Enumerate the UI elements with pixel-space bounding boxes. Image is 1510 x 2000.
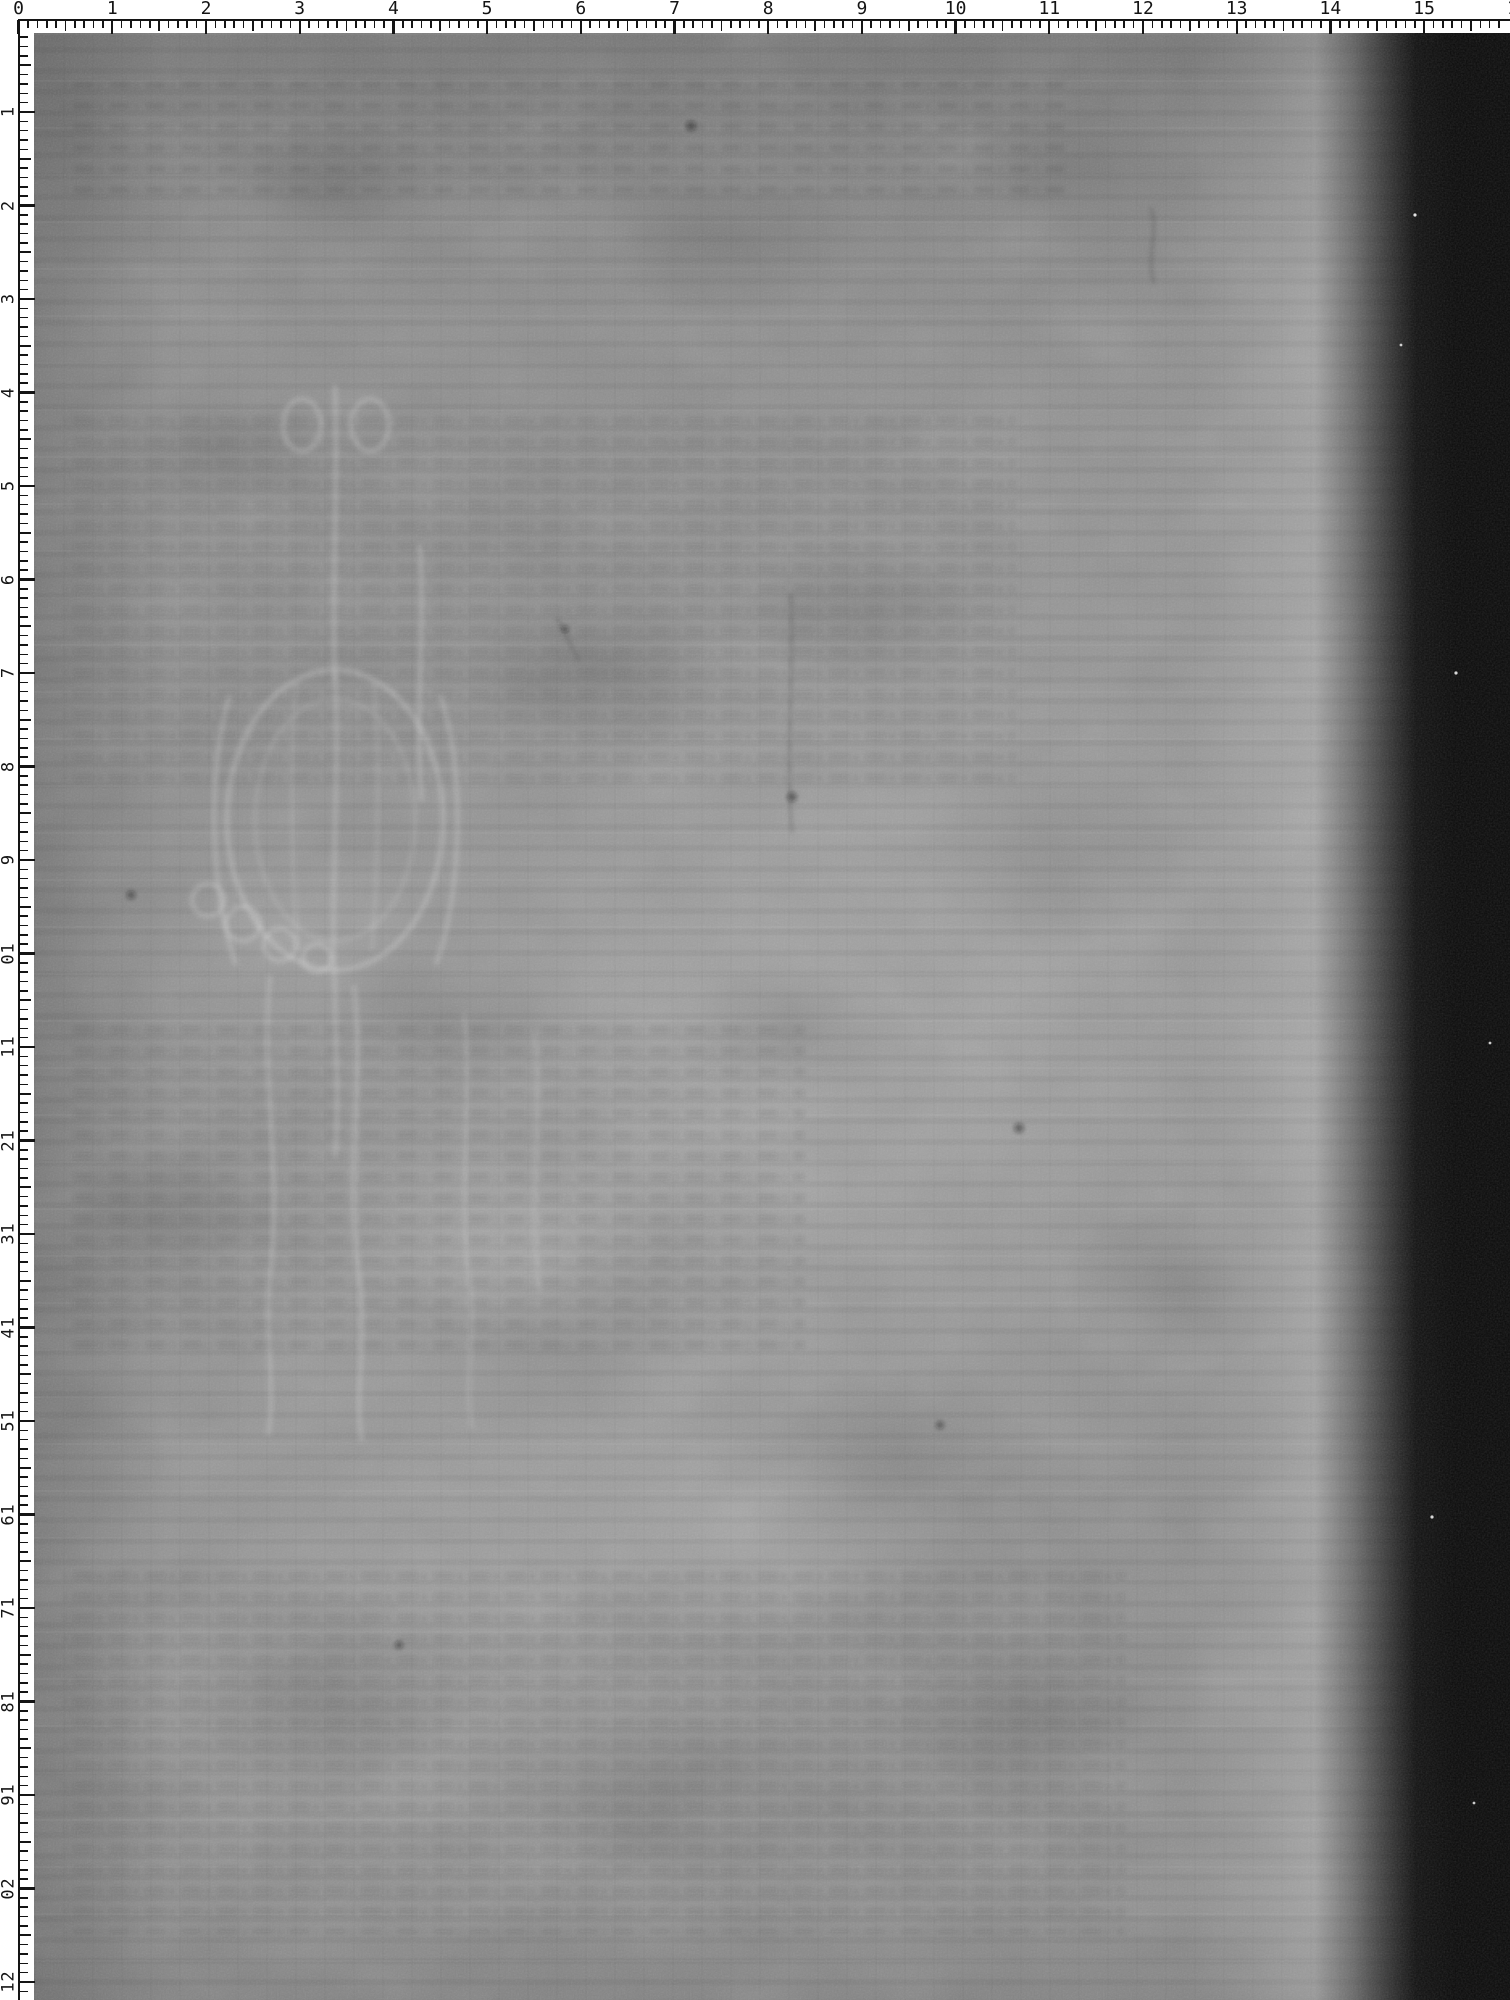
ruler-left-tick-mm — [20, 1934, 31, 1936]
ruler-left-label-char: 9 — [4, 1793, 15, 1809]
ruler-top-tick-mm — [842, 20, 844, 28]
ruler-top-tick-mm — [411, 20, 413, 28]
ruler-left-tick-mm — [20, 1747, 31, 1749]
ruler-left-tick-mm — [20, 803, 28, 805]
ruler-left-tick-mm — [20, 1869, 28, 1871]
ruler-top-tick-cm — [1329, 20, 1331, 34]
ruler-top-tick-mm — [1498, 20, 1500, 28]
ruler-left-tick-mm — [20, 1645, 28, 1647]
ruler-left-label: 3 — [1, 294, 17, 305]
ruler-left-tick-mm — [20, 1832, 28, 1834]
ruler-top-tick-mm — [627, 20, 629, 31]
ruler-left-label: 1 — [1, 107, 17, 118]
ruler-top-tick-mm — [870, 20, 872, 28]
ruler-top-tick-mm — [1264, 20, 1266, 28]
ruler-left-tick-mm — [20, 1766, 28, 1768]
ruler-top-tick-cm — [205, 20, 207, 34]
ruler-left-tick-cm — [20, 1046, 35, 1048]
ruler-left-tick-mm — [20, 448, 28, 450]
ruler-left-tick-mm — [20, 925, 28, 927]
ruler-left-tick-mm — [20, 167, 28, 169]
ruler-left-tick-mm — [20, 1850, 28, 1852]
ruler-top-tick-mm — [130, 20, 132, 28]
ruler-left-tick-mm — [20, 869, 28, 871]
ruler-top-tick-mm — [149, 20, 151, 28]
ruler-top-tick-mm — [308, 20, 310, 28]
ruler-left-label: 17 — [1, 1597, 17, 1619]
ruler-top-tick-mm — [1002, 20, 1004, 31]
ruler-left-tick-mm — [20, 915, 28, 917]
ruler-top-tick-mm — [917, 20, 919, 28]
ruler-left-tick-cm — [20, 578, 35, 580]
ruler-left-label: 11 — [1, 1036, 17, 1058]
ruler-top-tick-mm — [936, 20, 938, 28]
ruler-top-tick-mm — [355, 20, 357, 28]
ruler-left-tick-mm — [20, 373, 28, 375]
ruler-left-tick-mm — [20, 317, 28, 319]
ruler-top-tick-mm — [1011, 20, 1013, 28]
ruler-top-tick-mm — [290, 20, 292, 28]
ruler-left-tick-mm — [20, 532, 31, 534]
ruler-top-tick-mm — [992, 20, 994, 28]
ruler-left-label-char: 5 — [4, 1419, 15, 1435]
ruler-top-tick-cm — [1236, 20, 1238, 34]
ruler-left-tick-mm — [20, 1056, 28, 1058]
ruler-left-tick-mm — [20, 1925, 28, 1927]
ruler-top-tick-mm — [749, 20, 751, 28]
ruler-left-tick-mm — [20, 1523, 28, 1525]
ruler-top-tick-mm — [1161, 20, 1163, 28]
ruler-top-tick-mm — [1301, 20, 1303, 28]
ruler-top-tick-mm — [1339, 20, 1341, 28]
ruler-left-tick-cm — [20, 485, 35, 487]
ruler-left-tick-mm — [20, 943, 28, 945]
ruler-top-tick-mm — [974, 20, 976, 28]
ruler-left-tick-mm — [20, 1411, 28, 1413]
ruler-top-label: 2 — [201, 0, 212, 17]
ruler-top-tick-mm — [505, 20, 507, 28]
ruler-top-tick-cm — [1048, 20, 1050, 34]
ruler-left-tick-mm — [20, 747, 28, 749]
ruler-top-tick-mm — [1273, 20, 1275, 28]
ruler-left-tick-mm — [20, 1916, 28, 1918]
ruler-top-tick-mm — [1245, 20, 1247, 28]
ruler-top-tick-mm — [477, 20, 479, 28]
ruler-top-tick-mm — [215, 20, 217, 28]
ruler-left-tick-mm — [20, 682, 28, 684]
ruler-left-tick-mm — [20, 691, 28, 693]
ruler-left-label-char: 5 — [4, 478, 15, 494]
ruler-left-tick-cm — [20, 298, 35, 300]
ruler-left-label: 2 — [1, 200, 17, 211]
ruler-left-tick-mm — [20, 1691, 28, 1693]
ruler-left-tick-mm — [20, 1953, 28, 1955]
ruler-left-label: 13 — [1, 1223, 17, 1245]
ruler-left-tick-mm — [20, 280, 28, 282]
ruler-top-tick-mm — [1077, 20, 1079, 28]
ruler-top-tick-mm — [777, 20, 779, 28]
ruler-left-tick-mm — [20, 1383, 28, 1385]
ruler-top-tick-mm — [439, 20, 441, 31]
ruler-top-tick-cm — [486, 20, 488, 34]
ruler-top-label: 1 — [107, 0, 118, 17]
ruler-top-tick-mm — [27, 20, 29, 28]
ruler-top-label: 8 — [763, 0, 774, 17]
ruler-top-label: 6 — [575, 0, 586, 17]
ruler-left-label: 16 — [1, 1504, 17, 1526]
film-grain-layer — [34, 33, 1510, 2000]
ruler-left-tick-mm — [20, 326, 28, 328]
ruler-top-tick-cm — [673, 20, 675, 34]
ruler-left-tick-mm — [20, 1177, 28, 1179]
ruler-left-label: 15 — [1, 1410, 17, 1432]
ruler-left-tick-mm — [20, 1280, 31, 1282]
ruler-left-label-char: 3 — [4, 291, 15, 307]
ruler-left-tick-mm — [20, 1729, 28, 1731]
ruler-top-tick-mm — [543, 20, 545, 28]
ruler-top-tick-mm — [721, 20, 723, 31]
ruler-top-label: 14 — [1320, 0, 1342, 17]
ruler-left-tick-mm — [20, 121, 28, 123]
ruler-left-tick-mm — [20, 887, 28, 889]
ruler-left-tick-mm — [20, 1897, 28, 1899]
ruler-left-tick-mm — [20, 364, 28, 366]
ruler-top-tick-mm — [683, 20, 685, 28]
ruler-top-tick-mm — [243, 20, 245, 28]
ruler-left-tick-cm — [20, 1139, 35, 1141]
ruler-top-label: 3 — [294, 0, 305, 17]
ruler-left-tick-mm — [20, 55, 28, 57]
ruler-left-tick-mm — [20, 1757, 28, 1759]
ruler-top-tick-mm — [346, 20, 348, 31]
ruler-left-tick-mm — [20, 728, 28, 730]
ruler-left-tick-mm — [20, 1542, 28, 1544]
ruler-top-tick-mm — [318, 20, 320, 28]
ruler-top-tick-mm — [796, 20, 798, 28]
ruler-left-tick-cm — [20, 1233, 35, 1235]
ruler-top-tick-mm — [1020, 20, 1022, 28]
ruler-top-tick-mm — [449, 20, 451, 28]
ruler-left-tick-mm — [20, 784, 28, 786]
ruler-left-tick-mm — [20, 186, 28, 188]
ruler-top-tick-mm — [1058, 20, 1060, 28]
ruler-left-tick-mm — [20, 504, 28, 506]
ruler-left-tick-mm — [20, 597, 28, 599]
ruler-left-tick-mm — [20, 1504, 28, 1506]
ruler-top-tick-mm — [1170, 20, 1172, 28]
ruler-left-tick-mm — [20, 1299, 28, 1301]
ruler-left-tick-mm — [20, 1037, 28, 1039]
ruler-top-tick-mm — [805, 20, 807, 28]
ruler-left-tick-mm — [20, 513, 28, 515]
ruler-left-label-char: 6 — [4, 572, 15, 588]
ruler-top-tick-mm — [224, 20, 226, 28]
ruler-left-tick-cm — [20, 204, 35, 206]
ruler-top-tick-mm — [711, 20, 713, 28]
ruler-top-tick-mm — [261, 20, 263, 28]
ruler-top-tick-mm — [46, 20, 48, 28]
ruler-top-tick-mm — [83, 20, 85, 28]
ruler-top-tick-mm — [824, 20, 826, 28]
ruler-left-tick-mm — [20, 1224, 28, 1226]
ruler-left-tick-mm — [20, 719, 31, 721]
ruler-top-tick-mm — [233, 20, 235, 28]
ruler-left-label-char: 7 — [4, 1606, 15, 1622]
ruler-top-tick-mm — [833, 20, 835, 28]
ruler-left-tick-mm — [20, 1345, 28, 1347]
ruler-top-tick-mm — [646, 20, 648, 28]
ruler-left-tick-mm — [20, 1102, 28, 1104]
ruler-top-tick-mm — [327, 20, 329, 28]
ruler-left-tick-mm — [20, 1121, 28, 1123]
ruler-left-tick-mm — [20, 569, 28, 571]
ruler-left-tick-mm — [20, 1373, 31, 1375]
ruler-left-tick-mm — [20, 588, 28, 590]
ruler-left-tick-cm — [20, 1794, 35, 1796]
ruler-top-tick-mm — [1039, 20, 1041, 28]
ruler-top-tick-mm — [1217, 20, 1219, 28]
ruler-left-tick-mm — [20, 1560, 31, 1562]
ruler-left-tick-mm — [20, 1018, 28, 1020]
ruler-left-tick-mm — [20, 1486, 28, 1488]
ruler-left-tick-mm — [20, 345, 31, 347]
ruler-left-tick-mm — [20, 1963, 28, 1965]
ruler-top-tick-mm — [571, 20, 573, 28]
ruler-left-tick-mm — [20, 242, 28, 244]
ruler-left-label: 12 — [1, 1130, 17, 1152]
ruler-left-tick-mm — [20, 495, 28, 497]
ruler-left-tick-mm — [20, 663, 28, 665]
ruler-top-tick-mm — [1348, 20, 1350, 28]
ruler-left-label: 4 — [1, 387, 17, 398]
ruler-top-tick-mm — [599, 20, 601, 28]
ruler-top-tick-mm — [730, 20, 732, 28]
ruler-top-tick-mm — [468, 20, 470, 28]
ruler-top-tick-mm — [1376, 20, 1378, 31]
ruler-top-tick-mm — [964, 20, 966, 28]
ruler-top-tick-mm — [786, 20, 788, 28]
ruler-top-tick-cm — [392, 20, 394, 34]
ruler-left-tick-cm — [20, 765, 35, 767]
ruler-left-tick-mm — [20, 812, 31, 814]
ruler-left-tick-cm — [20, 1420, 35, 1422]
ruler-top-tick-mm — [1461, 20, 1463, 28]
ruler-left-tick-mm — [20, 1074, 28, 1076]
ruler-top-tick-mm — [552, 20, 554, 28]
ruler-left-tick-mm — [20, 195, 28, 197]
ruler-left-tick-cm — [20, 1887, 35, 1889]
ruler-left-label-char: 8 — [4, 1699, 15, 1715]
ruler-top-label: 9 — [856, 0, 867, 17]
ruler-left-tick-mm — [20, 635, 28, 637]
ruler-left-label: 6 — [1, 574, 17, 585]
ruler-left-label: 9 — [1, 855, 17, 866]
ruler-left-tick-mm — [20, 1719, 28, 1721]
ruler-left-tick-mm — [20, 1112, 28, 1114]
ruler-top-tick-mm — [1386, 20, 1388, 28]
ruler-top-tick-mm — [196, 20, 198, 28]
ruler-left-tick-mm — [20, 261, 28, 263]
ruler-left-tick-mm — [20, 1467, 31, 1469]
ruler-top-tick-mm — [533, 20, 535, 31]
ruler-left-tick-mm — [20, 130, 28, 132]
ruler-left-tick-mm — [20, 1822, 28, 1824]
ruler-left-tick-mm — [20, 1663, 28, 1665]
ruler-top-tick-mm — [1255, 20, 1257, 28]
ruler-top-tick-mm — [1189, 20, 1191, 31]
manuscript-scan: 012345678910111213141516 123456789101112… — [0, 0, 1510, 2000]
ruler-left-tick-mm — [20, 158, 31, 160]
ruler-top-tick-mm — [1123, 20, 1125, 28]
ruler-left-tick-mm — [20, 1972, 28, 1974]
ruler-left-tick-mm — [20, 1009, 28, 1011]
ruler-top-tick-mm — [1180, 20, 1182, 28]
ruler-top-tick-mm — [186, 20, 188, 28]
ruler-top-tick-mm — [927, 20, 929, 28]
ruler-top-tick-mm — [1292, 20, 1294, 28]
ruler-top-tick-mm — [899, 20, 901, 28]
ruler-top-tick-mm — [692, 20, 694, 28]
ruler-top-tick-cm — [767, 20, 769, 34]
ruler-top-tick-mm — [758, 20, 760, 28]
ruler-left-tick-mm — [20, 1776, 28, 1778]
ruler-left-tick-mm — [20, 46, 28, 48]
ruler-left-tick-mm — [20, 1579, 28, 1581]
ruler-left-tick-mm — [20, 1673, 28, 1675]
ruler-left-tick-mm — [20, 1476, 28, 1478]
ruler-left-tick-mm — [20, 1271, 28, 1273]
ruler-left-tick-mm — [20, 476, 28, 478]
ruler-left-label-char: 9 — [4, 852, 15, 868]
ruler-top-tick-mm — [1451, 20, 1453, 28]
ruler-left-tick-mm — [20, 1458, 28, 1460]
ruler-left-tick-mm — [20, 644, 28, 646]
ruler-top-tick-cm — [861, 20, 863, 34]
ruler-left-tick-mm — [20, 382, 28, 384]
ruler-top-tick-mm — [1086, 20, 1088, 28]
ruler-left-label-char: 3 — [4, 1232, 15, 1248]
ruler-left-tick-mm — [20, 831, 28, 833]
ruler-top-tick-mm — [1320, 20, 1322, 28]
ruler-top-tick-mm — [852, 20, 854, 28]
ruler-left-tick-mm — [20, 1355, 28, 1357]
ruler-left-tick-cm — [20, 1513, 35, 1515]
ruler-left-tick-cm — [20, 952, 35, 954]
ruler-top-tick-cm — [17, 20, 19, 34]
ruler-left-tick-mm — [20, 420, 28, 422]
ruler-top-label: 11 — [1038, 0, 1060, 17]
ruler-left-tick-mm — [20, 1065, 28, 1067]
ruler-left-tick-mm — [20, 270, 28, 272]
ruler-left-tick-cm — [20, 391, 35, 393]
ruler-top-label: 15 — [1413, 0, 1435, 17]
ruler-top-tick-mm — [524, 20, 526, 28]
ruler-left-tick-mm — [20, 1991, 28, 1993]
ruler-left-tick-mm — [20, 289, 28, 291]
ruler-top-tick-cm — [299, 20, 301, 34]
ruler-left-label-char: 2 — [4, 1138, 15, 1154]
ruler-left-tick-mm — [20, 1402, 28, 1404]
ruler-top-tick-mm — [37, 20, 39, 28]
ruler-left-tick-cm — [20, 1700, 35, 1702]
ruler-left-tick-mm — [20, 738, 28, 740]
ruler-top-tick-mm — [280, 20, 282, 28]
ruler-left-label: 20 — [1, 1878, 17, 1900]
ruler-left-tick-mm — [20, 1860, 28, 1862]
ruler-top-tick-mm — [74, 20, 76, 28]
ruler-left-label: 7 — [1, 668, 17, 679]
ruler-top-label: 12 — [1132, 0, 1154, 17]
ruler-top-tick-mm — [336, 20, 338, 28]
ruler-left-tick-mm — [20, 251, 31, 253]
ruler-left-tick-mm — [20, 410, 28, 412]
ruler-left-tick-mm — [20, 1906, 28, 1908]
ruler-left-tick-mm — [20, 878, 28, 880]
ruler-left-tick-mm — [20, 36, 28, 38]
ruler-left-tick-mm — [20, 336, 28, 338]
ruler-top-tick-mm — [608, 20, 610, 28]
ruler-left-tick-mm — [20, 1495, 28, 1497]
ruler-top-tick-mm — [1442, 20, 1444, 28]
ruler-left-tick-mm — [20, 177, 28, 179]
ruler-top-tick-mm — [102, 20, 104, 28]
ruler-left-tick-mm — [20, 1084, 28, 1086]
ruler-left-tick-cm — [20, 1326, 35, 1328]
ruler-left-tick-mm — [20, 794, 28, 796]
ruler-top-tick-mm — [1114, 20, 1116, 28]
ruler-top-tick-mm — [252, 20, 254, 31]
ruler-top-label: 13 — [1226, 0, 1248, 17]
ruler-left-tick-mm — [20, 223, 28, 225]
ruler-left-tick-mm — [20, 625, 31, 627]
ruler-left-tick-mm — [20, 1710, 28, 1712]
ruler-left-tick-mm — [20, 83, 28, 85]
ruler-left-tick-mm — [20, 1738, 28, 1740]
ruler-left-tick-mm — [20, 354, 28, 356]
ruler-top-tick-mm — [702, 20, 704, 28]
ruler-top-tick-mm — [908, 20, 910, 31]
ruler-left-label: 5 — [1, 481, 17, 492]
ruler-top-tick-mm — [177, 20, 179, 28]
ruler-left-tick-mm — [20, 999, 31, 1001]
ruler-top-tick-mm — [1152, 20, 1154, 28]
ruler-left-tick-mm — [20, 438, 31, 440]
ruler-left-label: 10 — [1, 943, 17, 965]
ruler-top-tick-mm — [1311, 20, 1313, 28]
ruler-top-tick-mm — [1358, 20, 1360, 28]
ruler-top-tick-mm — [1395, 20, 1397, 28]
ruler-left-tick-mm — [20, 1093, 31, 1095]
ruler-left-tick-mm — [20, 607, 28, 609]
ruler-left-tick-mm — [20, 616, 28, 618]
ruler-left-tick-mm — [20, 710, 28, 712]
ruler-top-tick-mm — [1405, 20, 1407, 28]
ruler-top-label: 10 — [945, 0, 967, 17]
ruler-left-tick-mm — [20, 1028, 28, 1030]
ruler-top-tick-mm — [1133, 20, 1135, 28]
ruler-left-tick-mm — [20, 102, 28, 104]
ruler-top-tick-mm — [1095, 20, 1097, 31]
ruler-left-label-char: 1 — [4, 1045, 15, 1061]
ruler-left-tick-cm — [20, 111, 35, 113]
ruler-top-tick-mm — [402, 20, 404, 28]
ruler-left-tick-mm — [20, 756, 28, 758]
ruler-left-label-char: 8 — [4, 759, 15, 775]
ruler-top-tick-mm — [168, 20, 170, 28]
ruler-left-tick-mm — [20, 654, 28, 656]
ruler-top-tick-mm — [636, 20, 638, 28]
ruler-left-tick-mm — [20, 1392, 28, 1394]
